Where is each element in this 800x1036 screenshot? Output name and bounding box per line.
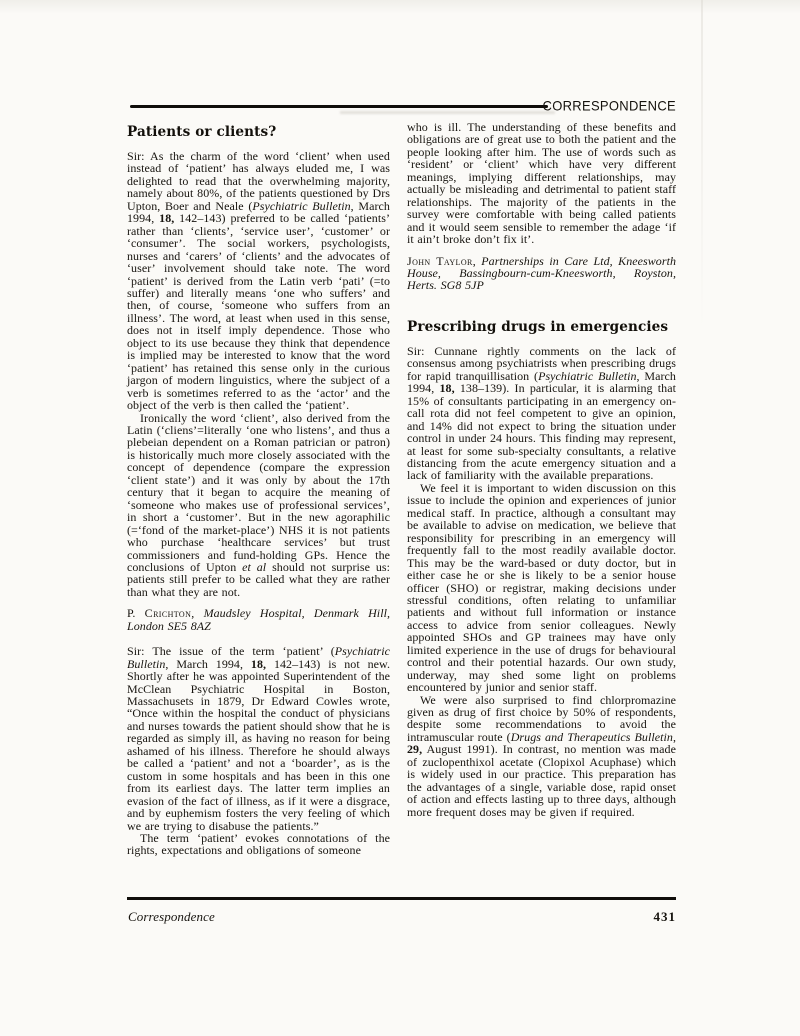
letter2-paragraph-2-end: who is ill. The understanding of these b… [407, 121, 676, 246]
journal-page-scan: CORRESPONDENCE Patients or clients? Sir:… [0, 0, 800, 1036]
letter1-paragraph-1: Sir: As the charm of the word ‘client’ w… [127, 150, 390, 412]
journal-section-label: CORRESPONDENCE [470, 98, 676, 114]
letter1-title: Patients or clients? [127, 124, 390, 140]
left-column: Patients or clients? Sir: As the charm o… [127, 124, 390, 857]
letter2-paragraph-2-start: The term ‘patient’ evokes connotations o… [127, 832, 390, 857]
letter3-paragraph-3: We were also surprised to find chlorprom… [407, 694, 676, 819]
letter2-signature: John Taylor, Partnerships in Care Ltd, K… [407, 255, 676, 292]
letter1-paragraph-2: Ironically the word ‘client’, also deriv… [127, 412, 390, 599]
scan-edge-right [701, 0, 703, 330]
letter3-title: Prescribing drugs in emergencies [407, 319, 676, 335]
scan-edge-top [0, 0, 800, 14]
letter3-paragraph-1: Sir: Cunnane rightly comments on the lac… [407, 345, 676, 482]
footer-rule [127, 897, 676, 900]
letter2-paragraph-1: Sir: The issue of the term ‘patient’ (Ps… [127, 645, 390, 832]
page-number: 431 [576, 909, 676, 925]
letter1-signature: P. Crichton, Maudsley Hospital, Denmark … [127, 607, 390, 632]
right-column: who is ill. The understanding of these b… [407, 121, 676, 818]
letter3-paragraph-2: We feel it is important to widen discuss… [407, 482, 676, 694]
running-title: Correspondence [128, 909, 215, 925]
